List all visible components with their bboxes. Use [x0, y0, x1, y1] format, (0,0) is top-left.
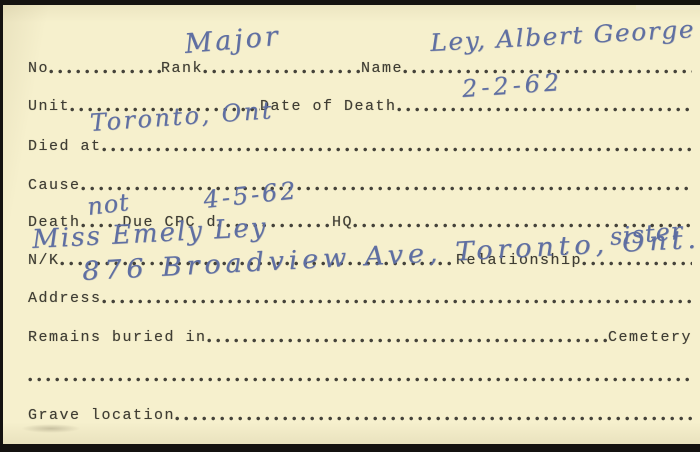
dotted-leader: [102, 147, 692, 152]
death-label: Death: [28, 214, 81, 231]
row-blank-dotted: [28, 363, 692, 385]
dotted-leader: [102, 299, 692, 304]
dotted-leader: [353, 223, 692, 228]
name-label: Name: [361, 60, 403, 77]
scan-corner-artifact: [636, 5, 700, 10]
relationship-label: Relationship: [456, 252, 582, 269]
dotted-leader: [49, 69, 161, 74]
dotted-leader: [81, 223, 123, 228]
row-unit-date-of-death: Unit Date of Death: [28, 93, 692, 115]
dotted-leader: [175, 416, 692, 421]
date-of-death-label: Date of Death: [260, 98, 397, 115]
unit-label: Unit: [28, 98, 70, 115]
grave-location-label: Grave location: [28, 407, 175, 424]
dotted-leader: [403, 69, 692, 74]
remains-buried-label: Remains buried in: [28, 329, 207, 346]
rank-label: Rank: [161, 60, 203, 77]
row-death-cpc-hq: Death Due CPC d HQ: [28, 209, 692, 231]
dotted-leader: [70, 107, 260, 112]
next-of-kin-label: N/K: [28, 252, 60, 269]
row-remains-buried: Remains buried in Cemetery: [28, 324, 692, 346]
scan-smudge: [21, 424, 81, 433]
no-label: No: [28, 60, 49, 77]
dotted-leader: [60, 261, 456, 266]
row-no-rank-name: No Rank Name: [28, 55, 692, 77]
address-label: Address: [28, 290, 102, 307]
due-cpc-label: Due CPC d: [123, 214, 218, 231]
dotted-leader: [582, 261, 692, 266]
row-cause: Cause: [28, 172, 692, 194]
row-next-of-kin: N/K Relationship: [28, 247, 692, 269]
row-address: Address: [28, 285, 692, 307]
hq-label: HQ: [332, 214, 353, 231]
row-died-at: Died at: [28, 133, 692, 155]
cemetery-label: Cemetery: [608, 329, 692, 346]
name-value-handwritten: Ley, Albert George: [430, 15, 696, 57]
row-grave-location: Grave location: [28, 402, 692, 424]
dotted-leader: [207, 338, 608, 343]
died-at-label: Died at: [28, 138, 102, 155]
index-card-paper: No Rank Name Unit Date of Death Died at …: [3, 5, 700, 444]
dotted-leader: [203, 69, 361, 74]
dotted-leader: [81, 186, 692, 191]
cause-label: Cause: [28, 177, 81, 194]
dotted-leader: [397, 107, 692, 112]
dotted-leader: [217, 223, 332, 228]
scanned-record-card: No Rank Name Unit Date of Death Died at …: [0, 0, 700, 452]
dotted-leader: [28, 377, 692, 382]
